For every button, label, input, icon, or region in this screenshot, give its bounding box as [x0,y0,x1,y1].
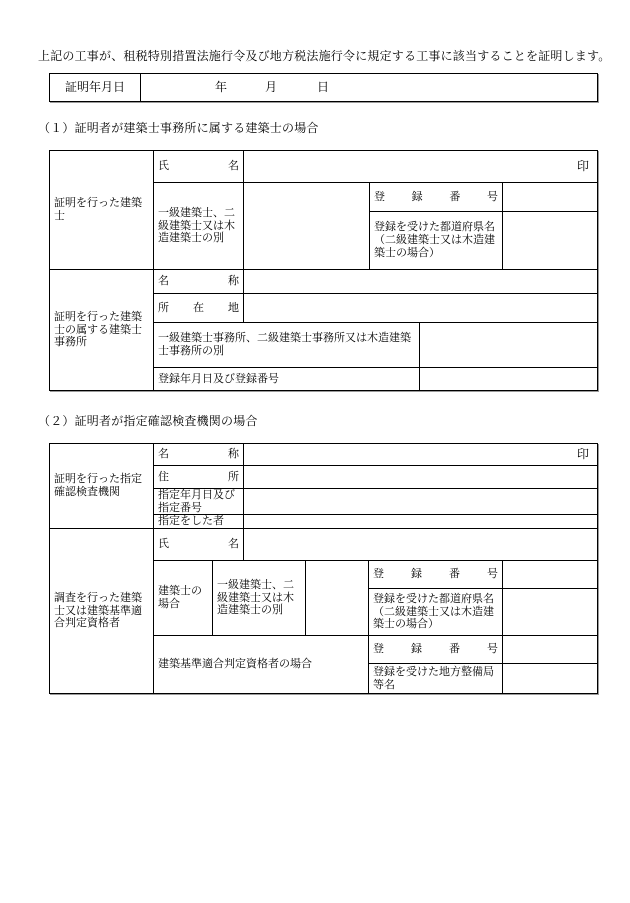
architect-regno-value-cell [503,183,598,212]
inspection-agency-table: 証明を行った指定確認検査機関 名称 印 住所 指定年月日及び指定番号 指定をした… [49,443,598,694]
agency-group-label-cell: 証明を行った指定確認検査機関 [50,444,154,529]
office-address-label-cell: 所在地 [154,294,244,323]
architect-class-label-cell: 一級建築士、二級建築士又は木造建築士の別 [154,183,244,270]
seal-mark: 印 [577,159,589,173]
agency-address-value-cell [244,466,598,489]
office-address-label: 所在地 [158,302,239,315]
investigator-regno-label-cell: 登録番号 [369,561,503,589]
office-class-value-cell [420,323,598,368]
agency-group-label: 証明を行った指定確認検査機関 [54,473,149,499]
investigator-name-value-cell [244,529,598,561]
cert-date-label-cell: 証明年月日 [50,74,141,102]
investigator-class-value-cell [306,561,369,636]
judge-case-label: 建築基準適合判定資格者の場合 [158,658,364,671]
investigator-class-label: 一級建築士、二級建築士又は木造建築士の別 [217,579,301,618]
agency-address-label-cell: 住所 [154,466,244,489]
agency-designator-label: 指定をした者 [158,515,239,528]
architect-class-value-cell [244,183,370,270]
architect-certifier-table: 証明を行った建築士 氏名 印 一級建築士、二級建築士又は木造建築士の別 登録番号… [49,150,598,391]
agency-designation-label: 指定年月日及び指定番号 [158,489,239,514]
investigator-prefecture-label-cell: 登録を受けた都道府県名（二級建築士又は木造建築士の場合） [369,589,503,636]
judge-bureau-label: 登録を受けた地方整備局等名 [373,666,498,691]
architect-prefecture-label: 登録を受けた都道府県名（二級建築士又は木造建築士の場合） [374,221,498,260]
architect-case-label: 建築士の場合 [158,585,208,611]
investigator-name-label: 氏名 [158,538,239,551]
agency-designation-label-cell: 指定年月日及び指定番号 [154,489,244,515]
form-page: 上記の工事が、租税特別措置法施行令及び地方税法施行令に規定する工事に該当すること… [0,0,630,903]
investigator-name-label-cell: 氏名 [154,529,244,561]
agency-name-label: 名称 [158,448,239,461]
section2-heading: （２）証明者が指定確認検査機関の場合 [38,412,258,429]
agency-name-label-cell: 名称 [154,444,244,466]
office-name-label: 名称 [158,275,239,288]
office-registration-value-cell [420,368,598,391]
investigator-group-label-cell: 調査を行った建築士又は建築基準適合判定資格者 [50,529,154,694]
office-group-label: 証明を行った建築士の属する建築士事務所 [54,311,149,350]
architect-case-label-cell: 建築士の場合 [154,561,213,636]
architect-regno-label: 登録番号 [374,191,498,204]
judge-bureau-label-cell: 登録を受けた地方整備局等名 [369,664,503,694]
judge-regno-value-cell [503,636,598,664]
certification-date-table: 証明年月日 年 月 日 [49,73,598,102]
architect-class-label: 一級建築士、二級建築士又は木造建築士の別 [158,207,239,246]
agency-name-value-cell: 印 [244,444,598,466]
judge-case-label-cell: 建築基準適合判定資格者の場合 [154,636,369,694]
judge-regno-label-cell: 登録番号 [369,636,503,664]
section1-heading: （１）証明者が建築士事務所に属する建築士の場合 [38,119,319,136]
day-unit-label: 日 [317,80,329,94]
office-name-label-cell: 名称 [154,270,244,294]
judge-bureau-value-cell [503,664,598,694]
investigator-group-label: 調査を行った建築士又は建築基準適合判定資格者 [54,592,149,631]
investigator-regno-value-cell [503,561,598,589]
architect-name-label-cell: 氏名 [154,151,244,183]
office-registration-label: 登録年月日及び登録番号 [158,373,415,386]
cert-date-value-cell: 年 月 日 [141,74,598,102]
investigator-prefecture-label: 登録を受けた都道府県名（二級建築士又は木造建築士の場合） [373,593,498,632]
architect-prefecture-label-cell: 登録を受けた都道府県名（二級建築士又は木造建築士の場合） [370,212,503,270]
architect-regno-label-cell: 登録番号 [370,183,503,212]
agency-designation-value-cell [244,489,598,515]
month-unit-label: 月 [265,80,277,94]
year-unit-label: 年 [215,80,227,94]
office-class-label: 一級建築士事務所、二級建築士事務所又は木造建築士事務所の別 [158,332,415,358]
architect-name-value-cell: 印 [244,151,598,183]
office-class-label-cell: 一級建築士事務所、二級建築士事務所又は木造建築士事務所の別 [154,323,420,368]
seal-mark: 印 [577,447,589,461]
agency-address-label: 住所 [158,471,239,484]
investigator-prefecture-value-cell [503,589,598,636]
architect-group-label-cell: 証明を行った建築士 [50,151,154,270]
investigator-class-label-cell: 一級建築士、二級建築士又は木造建築士の別 [213,561,306,636]
architect-group-label: 証明を行った建築士 [54,197,149,223]
office-group-label-cell: 証明を行った建築士の属する建築士事務所 [50,270,154,391]
office-address-value-cell [244,294,598,323]
office-registration-label-cell: 登録年月日及び登録番号 [154,368,420,391]
agency-designator-label-cell: 指定をした者 [154,515,244,529]
judge-regno-label: 登録番号 [373,643,498,656]
agency-designator-value-cell [244,515,598,529]
office-name-value-cell [244,270,598,294]
cert-date-label: 証明年月日 [65,80,125,94]
investigator-regno-label: 登録番号 [373,568,498,581]
architect-name-label: 氏名 [158,160,239,173]
architect-prefecture-value-cell [503,212,598,270]
certification-sentence: 上記の工事が、租税特別措置法施行令及び地方税法施行令に規定する工事に該当すること… [38,47,610,64]
